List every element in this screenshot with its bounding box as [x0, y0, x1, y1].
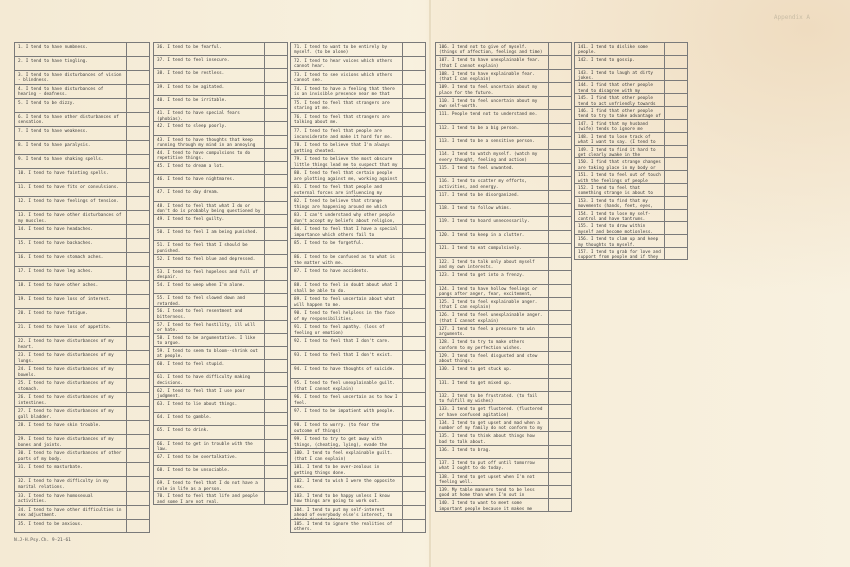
response-box[interactable] [403, 449, 425, 462]
response-box[interactable] [403, 281, 425, 294]
response-box[interactable] [549, 419, 571, 431]
response-box[interactable] [127, 211, 149, 224]
questionnaire-item: 13. I tend to have other disturbances of… [15, 210, 149, 224]
response-box[interactable] [127, 407, 149, 420]
questionnaire-item: 47. I tend to day dream. [154, 187, 287, 200]
questionnaire-item: 142. I tend to gossip. [575, 55, 687, 68]
questionnaire-item: 112. I tend to be a big person. [436, 123, 571, 136]
response-box[interactable] [549, 110, 571, 122]
item-text: 89. I tend to feel uncertain about what … [291, 295, 403, 308]
item-text: 83. I can't understand why other people … [291, 211, 403, 224]
response-box[interactable] [127, 309, 149, 322]
questionnaire-item: 81. I tend to feel that people and exter… [291, 182, 425, 196]
item-text: 142. I tend to gossip. [575, 56, 665, 68]
questionnaire-item: 38. I tend to be restless. [154, 68, 287, 81]
response-box[interactable] [549, 298, 571, 310]
item-text: 31. I tend to masturbate. [15, 463, 127, 476]
response-box[interactable] [127, 379, 149, 392]
response-box[interactable] [265, 122, 287, 134]
questionnaire-item: 33. I tend to have homosexual activities… [15, 491, 149, 505]
questionnaire-item: 3. I tend to have disturbances of vision… [15, 70, 149, 84]
item-text: 72. I tend to hear voices which others c… [291, 57, 403, 70]
questionnaire-item: 21. I tend to have loss of appetite. [15, 322, 149, 336]
questionnaire-item: 118. I tend to follow whims. [436, 203, 571, 216]
response-box[interactable] [549, 124, 571, 136]
response-box[interactable] [403, 57, 425, 70]
response-box[interactable] [403, 155, 425, 168]
questionnaire-item: 28. I tend to have skin trouble. [15, 420, 149, 434]
questionnaire-item: 123. I tend to get into a frenzy. [436, 270, 571, 283]
response-box[interactable] [127, 393, 149, 406]
item-text: 107. I tend to have unexplainable fear. … [436, 56, 549, 68]
response-box[interactable] [265, 321, 287, 333]
item-text: 108. I tend to have explainable fear. (t… [436, 70, 549, 82]
response-box[interactable] [403, 463, 425, 476]
questionnaire-item: 32. I tend to have difficulty in my mari… [15, 476, 149, 490]
item-text: 150. I find that strange changes are tak… [575, 158, 665, 170]
response-box[interactable] [265, 202, 287, 214]
questionnaire-item: 151. I tend to feel out of touch with th… [575, 170, 687, 183]
questionnaire-item: 45. I tend to dream a lot. [154, 161, 287, 174]
response-box[interactable] [665, 69, 687, 81]
questionnaire-item: 126. I tend to feel unexplainable anger.… [436, 310, 571, 323]
response-box[interactable] [127, 281, 149, 294]
response-box[interactable] [665, 197, 687, 209]
response-box[interactable] [403, 351, 425, 364]
questionnaire-item: 83. I can't understand why other people … [291, 210, 425, 224]
response-box[interactable] [127, 253, 149, 266]
response-box[interactable] [403, 267, 425, 280]
item-text: 74. I tend to have a feeling that there … [291, 85, 403, 98]
response-box[interactable] [265, 479, 287, 491]
response-box[interactable] [549, 56, 571, 68]
response-box[interactable] [265, 215, 287, 227]
response-box[interactable] [403, 99, 425, 112]
response-box[interactable] [265, 255, 287, 267]
item-text: 99. I tend to try to get away with thing… [291, 435, 403, 448]
questionnaire-item: 54. I tend to weep when I'm alone. [154, 280, 287, 293]
response-box[interactable] [665, 210, 687, 222]
questionnaire-item: 11. I tend to have fits or convulsions. [15, 182, 149, 196]
response-box[interactable] [403, 421, 425, 434]
response-box[interactable] [403, 253, 425, 266]
item-text: 149. I tend to find it hard to get clear… [575, 146, 665, 158]
questionnaire-item: 18. I tend to have other aches. [15, 280, 149, 294]
response-box[interactable] [265, 175, 287, 187]
response-box[interactable] [665, 146, 687, 158]
item-text: 75. I tend to feel that strangers are st… [291, 99, 403, 112]
response-box[interactable] [665, 56, 687, 68]
response-box[interactable] [549, 177, 571, 189]
response-box[interactable] [265, 268, 287, 280]
response-box[interactable] [549, 204, 571, 216]
response-box[interactable] [549, 486, 571, 498]
response-box[interactable] [265, 492, 287, 503]
response-box[interactable] [403, 337, 425, 350]
questionnaire-item: 25. I tend to have disturbances of my st… [15, 378, 149, 392]
response-box[interactable] [127, 239, 149, 252]
response-box[interactable] [403, 225, 425, 238]
item-text: 84. I tend to feel that I have a special… [291, 225, 403, 238]
response-box[interactable] [265, 188, 287, 200]
response-box[interactable] [265, 56, 287, 68]
response-box[interactable] [265, 373, 287, 385]
item-text: 24. I tend to have disturbances of my bo… [15, 365, 127, 378]
questionnaire-item: 88. I tend to feel in doubt about what I… [291, 280, 425, 294]
response-box[interactable] [549, 150, 571, 162]
questionnaire-item: 141. I tend to dislike some people. [575, 42, 687, 55]
questionnaire-item: 75. I tend to feel that strangers are st… [291, 98, 425, 112]
questionnaire-item: 149. I tend to find it hard to get clear… [575, 145, 687, 158]
questionnaire-item: 71. I tend to want to be entirely by mys… [291, 42, 425, 56]
response-box[interactable] [403, 365, 425, 378]
item-text: 49. I tend to feel guilty. [154, 215, 265, 227]
response-box[interactable] [549, 432, 571, 444]
response-box[interactable] [127, 267, 149, 280]
item-text: 105. I tend to ignore the realities of o… [291, 520, 403, 532]
item-text: 1. I tend to have numbness. [15, 43, 127, 56]
item-text: 19. I tend to have loss of interest. [15, 295, 127, 308]
item-text: 125. I tend to feel explainable anger. (… [436, 298, 549, 310]
item-text: 63. I tend to lie about things. [154, 400, 265, 412]
questionnaire-item: 72. I tend to hear voices which others c… [291, 56, 425, 70]
response-box[interactable] [127, 337, 149, 350]
response-box[interactable] [665, 133, 687, 145]
response-box[interactable] [265, 149, 287, 161]
response-box[interactable] [549, 311, 571, 323]
questionnaire-item: 131. I tend to get mixed up. [436, 378, 571, 391]
questionnaire-item: 152. I tend to feel that something stran… [575, 183, 687, 196]
response-box[interactable] [127, 520, 149, 532]
item-text: 143. I tend to laugh at dirty jokes. [575, 69, 665, 81]
item-text: 33. I tend to have homosexual activities… [15, 492, 127, 505]
response-box[interactable] [127, 323, 149, 336]
response-box[interactable] [265, 440, 287, 452]
response-box[interactable] [127, 477, 149, 490]
item-text: 136. I tend to brag. [436, 446, 549, 458]
item-text: 111. People tend not to understand me. [436, 110, 549, 122]
item-text: 116. I tend to scatter my efforts, activ… [436, 177, 549, 189]
item-text: 8. I tend to have paralysis. [15, 141, 127, 154]
response-box[interactable] [549, 473, 571, 485]
response-box[interactable] [127, 141, 149, 154]
item-text: 110. I tend to feel uncertain about my o… [436, 97, 549, 109]
response-box[interactable] [403, 393, 425, 406]
response-box[interactable] [403, 211, 425, 224]
response-box[interactable] [665, 248, 687, 259]
item-text: 113. I tend to be a sensitive person. [436, 137, 549, 149]
questionnaire-item: 7. I tend to have weakness. [15, 126, 149, 140]
questionnaire-item: 69. I tend to feel that I do not have a … [154, 478, 287, 491]
response-box[interactable] [265, 466, 287, 478]
questionnaire-item: 10. I tend to have fainting spells. [15, 168, 149, 182]
response-box[interactable] [549, 325, 571, 337]
questionnaire-item: 20. I tend to have fatigue. [15, 308, 149, 322]
item-text: 96. I tend to feel uncertain as to how I… [291, 393, 403, 406]
item-text: 66. I tend to get in trouble with the la… [154, 440, 265, 452]
questionnaire-item: 155. I tend to draw within myself and be… [575, 221, 687, 234]
item-text: 147. I find that my husband (wife) tends… [575, 120, 665, 132]
questionnaire-item: 135. I tend to think about things how ba… [436, 431, 571, 444]
questionnaire-item: 6. I tend to have other disturbances of … [15, 112, 149, 126]
response-box[interactable] [665, 184, 687, 196]
questionnaire-item: 157. I tend to grab for love and support… [575, 247, 687, 260]
response-box[interactable] [403, 127, 425, 140]
item-text: 112. I tend to be a big person. [436, 124, 549, 136]
response-box[interactable] [549, 231, 571, 243]
response-box[interactable] [403, 435, 425, 448]
questionnaire-item: 116. I tend to scatter my efforts, activ… [436, 176, 571, 189]
response-box[interactable] [127, 492, 149, 505]
response-box[interactable] [549, 97, 571, 109]
response-box[interactable] [265, 400, 287, 412]
response-box[interactable] [403, 113, 425, 126]
response-box[interactable] [549, 244, 571, 256]
questionnaire-item: 70. I tend to feel that life and people … [154, 491, 287, 504]
item-text: 22. I tend to have disturbances of my he… [15, 337, 127, 350]
response-box[interactable] [127, 365, 149, 378]
response-box[interactable] [403, 309, 425, 322]
response-box[interactable] [265, 294, 287, 306]
response-box[interactable] [549, 258, 571, 270]
response-box[interactable] [265, 360, 287, 372]
response-box[interactable] [665, 171, 687, 183]
questionnaire-item: 87. I tend to have accidents. [291, 266, 425, 280]
response-box[interactable] [549, 83, 571, 95]
questionnaire-item: 80. I tend to feel that certain people a… [291, 168, 425, 182]
item-text: 69. I tend to feel that I do not have a … [154, 479, 265, 491]
form-code: N.J-H.Psy.Ch. 9-21-61 [14, 538, 71, 543]
questionnaire-column-1: 1. I tend to have numbness.2. I tend to … [14, 42, 150, 533]
questionnaire-item: 133. I tend to get flustered. (flustered… [436, 404, 571, 417]
response-box[interactable] [127, 225, 149, 238]
response-box[interactable] [549, 70, 571, 82]
response-box[interactable] [403, 43, 425, 56]
response-box[interactable] [265, 43, 287, 55]
item-text: 120. I tend to keep in a clutter. [436, 231, 549, 243]
item-text: 2. I tend to have tingling. [15, 57, 127, 70]
questionnaire-item: 90. I tend to feel helpless in the face … [291, 308, 425, 322]
response-box[interactable] [265, 387, 287, 399]
item-text: 52. I tend to feel blue and depressed. [154, 255, 265, 267]
questionnaire-item: 127. I tend to feel a pressure to win ar… [436, 324, 571, 337]
response-box[interactable] [265, 96, 287, 108]
questionnaire-item: 29. I tend to have disturbances of my bo… [15, 434, 149, 448]
response-box[interactable] [549, 164, 571, 176]
response-box[interactable] [549, 338, 571, 350]
response-box[interactable] [127, 113, 149, 126]
response-box[interactable] [127, 435, 149, 448]
item-text: 70. I tend to feel that life and people … [154, 492, 265, 503]
questionnaire-item: 78. I tend to believe that I'm always ge… [291, 140, 425, 154]
questionnaire-item: 150. I find that strange changes are tak… [575, 157, 687, 170]
questionnaire-item: 56. I tend to feel resentment and bitter… [154, 306, 287, 319]
item-text: 4. I tend to have disturbances of hearin… [15, 85, 127, 98]
response-box[interactable] [403, 295, 425, 308]
questionnaire-item: 143. I tend to laugh at dirty jokes. [575, 68, 687, 81]
item-text: 10. I tend to have fainting spells. [15, 169, 127, 182]
response-box[interactable] [265, 426, 287, 438]
response-box[interactable] [665, 235, 687, 247]
response-box[interactable] [127, 155, 149, 168]
questionnaire-item: 58. I tend to be argumentative. I like t… [154, 333, 287, 346]
response-box[interactable] [403, 506, 425, 519]
questionnaire-item: 121. I tend to eat compulsively. [436, 243, 571, 256]
response-box[interactable] [127, 449, 149, 462]
questionnaire-item: 79. I tend to believe the most obscure l… [291, 154, 425, 168]
item-text: 146. I find that other people tend to tr… [575, 107, 665, 119]
response-box[interactable] [127, 506, 149, 519]
response-box[interactable] [403, 492, 425, 505]
response-box[interactable] [549, 271, 571, 283]
questionnaire-item: 91. I tend to feel apathy. (loss of feel… [291, 322, 425, 336]
item-text: 27. I tend to have disturbances of my ga… [15, 407, 127, 420]
response-box[interactable] [127, 85, 149, 98]
response-box[interactable] [127, 295, 149, 308]
response-box[interactable] [549, 446, 571, 458]
response-box[interactable] [403, 141, 425, 154]
questionnaire-item: 140. I tend to want to meet some importa… [436, 498, 571, 511]
response-box[interactable] [403, 379, 425, 392]
item-text: 35. I tend to be anxious. [15, 520, 127, 532]
response-box[interactable] [403, 520, 425, 532]
response-box[interactable] [127, 421, 149, 434]
response-box[interactable] [665, 107, 687, 119]
response-box[interactable] [127, 169, 149, 182]
questionnaire-item: 132. I tend to be frustrated. (to fail t… [436, 391, 571, 404]
response-box[interactable] [265, 109, 287, 121]
response-box[interactable] [403, 239, 425, 252]
response-box[interactable] [265, 281, 287, 293]
response-box[interactable] [549, 217, 571, 229]
response-box[interactable] [549, 365, 571, 377]
item-text: 6. I tend to have other disturbances of … [15, 113, 127, 126]
questionnaire-item: 5. I tend to be dizzy. [15, 98, 149, 112]
questionnaire-item: 68. I tend to be unsociable. [154, 465, 287, 478]
response-box[interactable] [403, 477, 425, 490]
response-box[interactable] [665, 94, 687, 106]
item-text: 79. I tend to believe the most obscure l… [291, 155, 403, 168]
response-box[interactable] [265, 347, 287, 359]
response-box[interactable] [549, 285, 571, 297]
response-box[interactable] [265, 162, 287, 174]
item-text: 37. I tend to feel insecure. [154, 56, 265, 68]
response-box[interactable] [403, 71, 425, 84]
item-text: 126. I tend to feel unexplainable anger.… [436, 311, 549, 323]
questionnaire-item: 77. I tend to feel that people are incon… [291, 126, 425, 140]
questionnaire-column-2: 36. I tend to be fearful.37. I tend to f… [153, 42, 288, 505]
response-box[interactable] [127, 351, 149, 364]
item-text: 101. I tend to be over-zealous in gettin… [291, 463, 403, 476]
response-box[interactable] [549, 43, 571, 55]
response-box[interactable] [549, 392, 571, 404]
response-box[interactable] [665, 43, 687, 55]
response-box[interactable] [127, 183, 149, 196]
questionnaire-item: 105. I tend to ignore the realities of o… [291, 519, 425, 533]
item-text: 127. I tend to feel a pressure to win ar… [436, 325, 549, 337]
item-text: 104. I tend to put my self-interest ahea… [291, 506, 403, 519]
questionnaire-item: 46. I tend to have nightmares. [154, 174, 287, 187]
item-text: 129. I tend to feel disgusted and stew a… [436, 352, 549, 364]
page-fold [429, 0, 431, 567]
response-box[interactable] [127, 57, 149, 70]
response-box[interactable] [665, 222, 687, 234]
item-text: 12. I tend to have feelings of tension. [15, 197, 127, 210]
questionnaire-item: 34. I tend to have other difficulties in… [15, 505, 149, 519]
response-box[interactable] [665, 158, 687, 170]
response-box[interactable] [403, 407, 425, 420]
item-text: 26. I tend to have disturbances of my in… [15, 393, 127, 406]
item-text: 140. I tend to want to meet some importa… [436, 499, 549, 510]
questionnaire-item: 67. I tend to be overtalkative. [154, 452, 287, 465]
response-box[interactable] [549, 137, 571, 149]
item-text: 32. I tend to have difficulty in my mari… [15, 477, 127, 490]
response-box[interactable] [127, 197, 149, 210]
response-box[interactable] [265, 334, 287, 346]
response-box[interactable] [265, 228, 287, 240]
response-box[interactable] [665, 120, 687, 132]
response-box[interactable] [549, 459, 571, 471]
response-box[interactable] [403, 169, 425, 182]
response-box[interactable] [265, 413, 287, 425]
response-box[interactable] [265, 307, 287, 319]
item-text: 43. I tend to have thoughts that keep ru… [154, 136, 265, 148]
response-box[interactable] [665, 81, 687, 93]
questionnaire-item: 119. I tend to hoard unnecessarily. [436, 216, 571, 229]
item-text: 102. I tend to wish I were the opposite … [291, 477, 403, 490]
questionnaire-item: 153. I tend to find that my movements (h… [575, 196, 687, 209]
response-box[interactable] [265, 83, 287, 95]
item-text: 155. I tend to draw within myself and be… [575, 222, 665, 234]
response-box[interactable] [403, 197, 425, 210]
questionnaire-item: 50. I tend to feel I am being punished. [154, 227, 287, 240]
questionnaire-item: 31. I tend to masturbate. [15, 462, 149, 476]
response-box[interactable] [549, 499, 571, 510]
item-text: 123. I tend to get into a frenzy. [436, 271, 549, 283]
response-box[interactable] [549, 405, 571, 417]
questionnaire-item: 96. I tend to feel uncertain as to how I… [291, 392, 425, 406]
response-box[interactable] [403, 183, 425, 196]
questionnaire-item: 136. I tend to brag. [436, 445, 571, 458]
questionnaire-item: 53. I tend to feel hopeless and full of … [154, 267, 287, 280]
questionnaire-item: 134. I tend to get upset and mad when a … [436, 418, 571, 431]
questionnaire-item: 111. People tend not to understand me. [436, 109, 571, 122]
questionnaire-item: 93. I tend to feel that I don't exist. [291, 350, 425, 364]
item-text: 34. I tend to have other difficulties in… [15, 506, 127, 519]
questionnaire-item: 65. I tend to drink. [154, 425, 287, 438]
response-box[interactable] [265, 453, 287, 465]
response-box[interactable] [403, 85, 425, 98]
item-text: 46. I tend to have nightmares. [154, 175, 265, 187]
response-box[interactable] [265, 241, 287, 253]
response-box[interactable] [127, 71, 149, 84]
response-box[interactable] [265, 136, 287, 148]
response-box[interactable] [403, 323, 425, 336]
response-box[interactable] [127, 43, 149, 56]
response-box[interactable] [127, 99, 149, 112]
response-box[interactable] [265, 69, 287, 81]
item-text: 122. I tend to talk only about myself an… [436, 258, 549, 270]
questionnaire-item: 95. I tend to feel unexplainable guilt. … [291, 378, 425, 392]
response-box[interactable] [549, 379, 571, 391]
response-box[interactable] [549, 352, 571, 364]
questionnaire-item: 108. I tend to have explainable fear. (t… [436, 69, 571, 82]
bleed-through-text [730, 70, 820, 78]
response-box[interactable] [127, 127, 149, 140]
item-text: 60. I tend to feel stupid. [154, 360, 265, 372]
response-box[interactable] [127, 463, 149, 476]
response-box[interactable] [549, 191, 571, 203]
